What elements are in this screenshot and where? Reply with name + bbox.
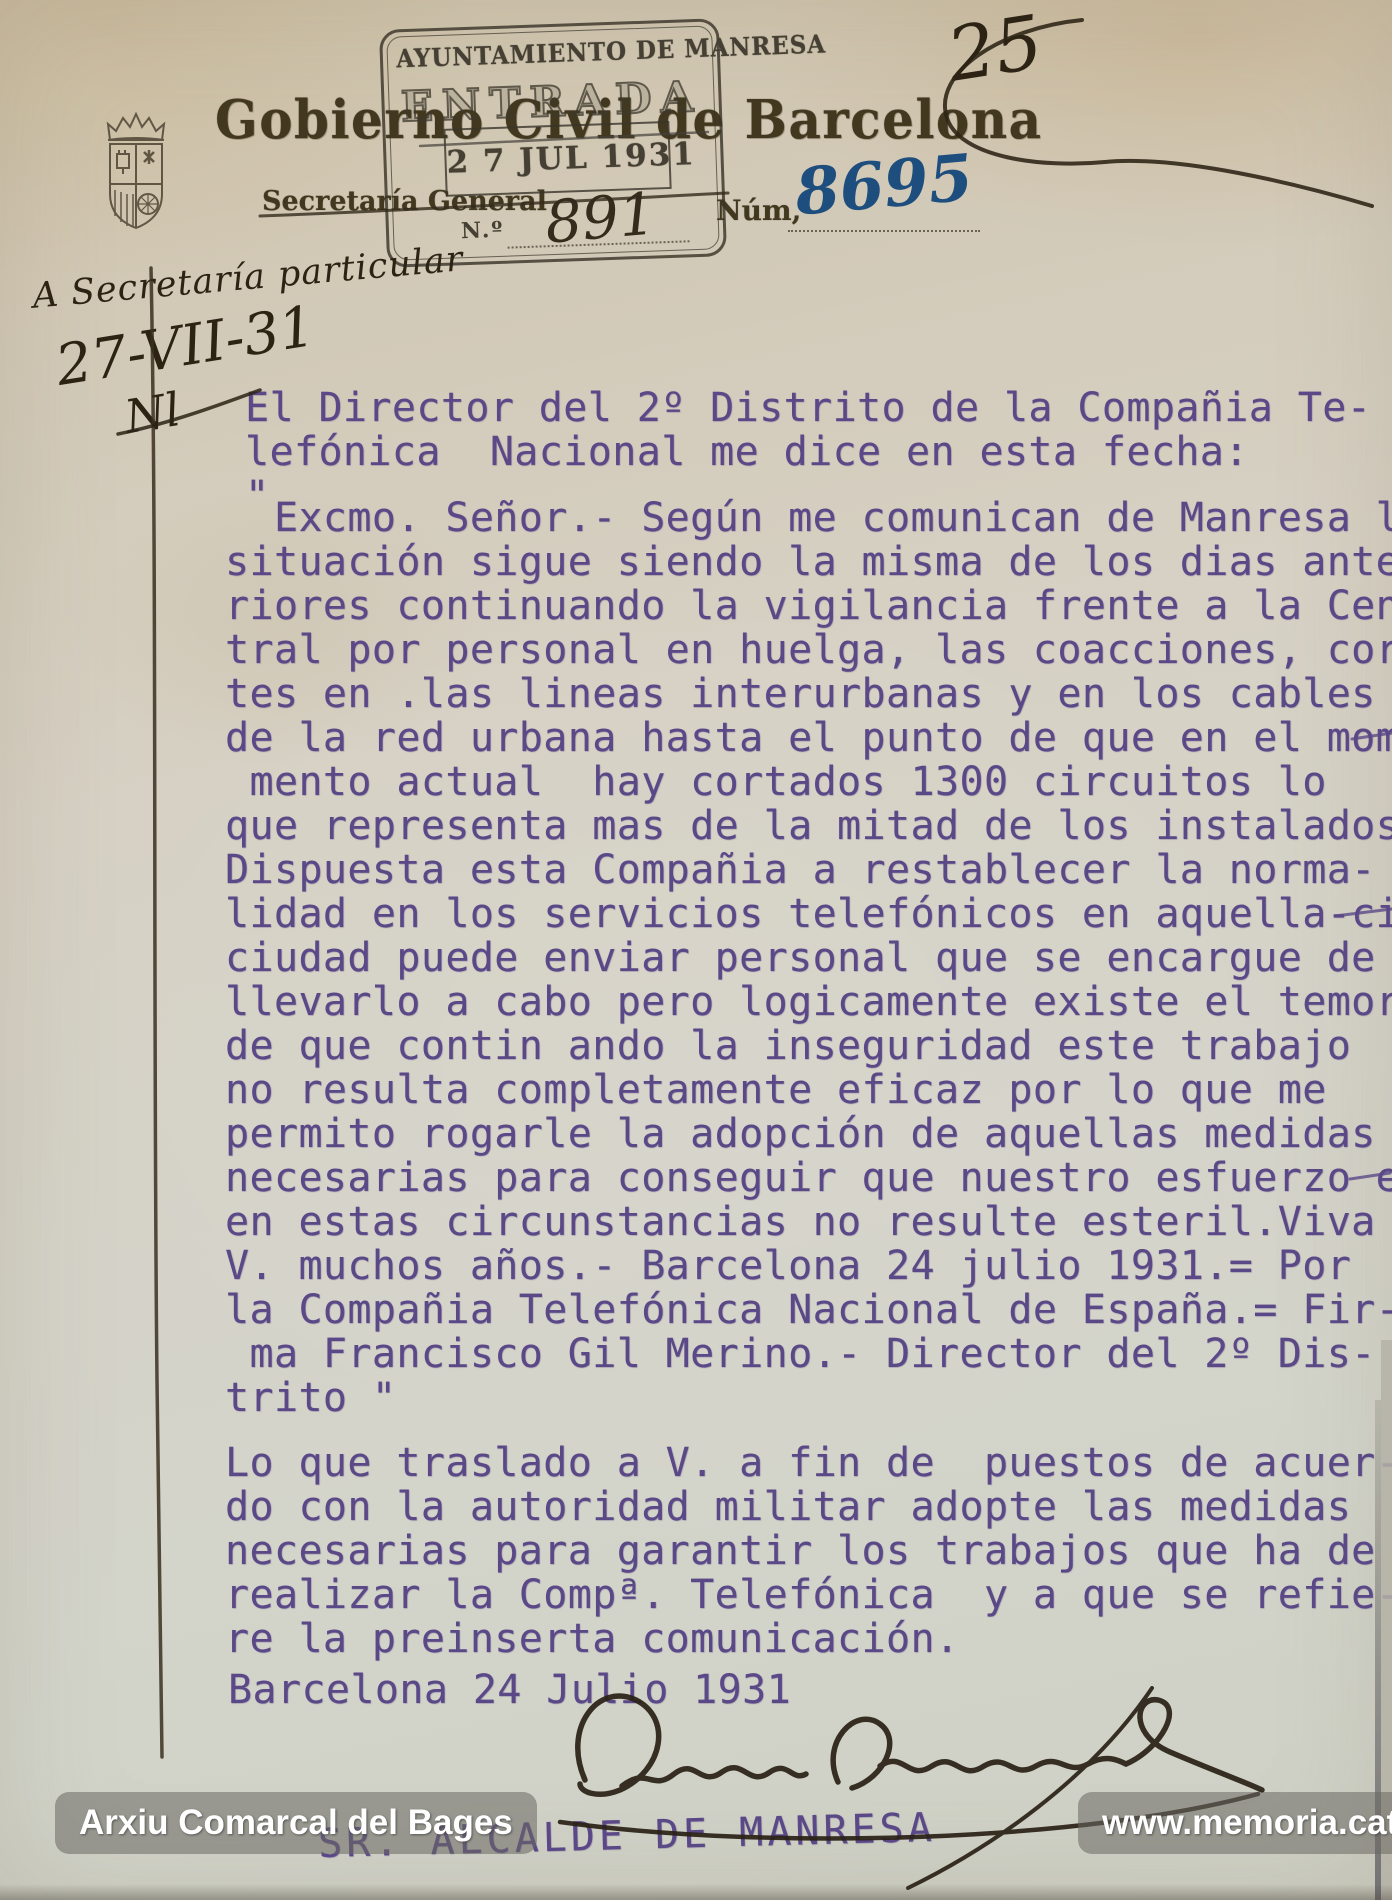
- typed-line: llevarlo a cabo pero logicamente existe …: [225, 980, 1392, 1024]
- typed-line: necesarias para garantir los trabajos qu…: [225, 1529, 1392, 1573]
- typed-line: permito rogarle la adopción de aquellas …: [225, 1112, 1392, 1156]
- body-paragraph-3: Lo que traslado a V. a fin de puestos de…: [225, 1441, 1392, 1661]
- typed-line: mento actual hay cortados 1300 circuitos…: [225, 760, 1392, 804]
- typed-line: realizar la Compª. Telefónica y a que se…: [225, 1573, 1392, 1617]
- typed-line: ciudad puede enviar personal que se enca…: [225, 936, 1392, 980]
- dateline: Barcelona 24 Julio 1931: [228, 1668, 791, 1712]
- typed-line: de la red urbana hasta el punto de que e…: [225, 716, 1392, 760]
- typed-line: do con la autoridad militar adopte las m…: [225, 1485, 1392, 1529]
- typed-line: V. muchos años.- Barcelona 24 julio 1931…: [225, 1244, 1392, 1288]
- typed-line: tes en .las lineas interurbanas y en los…: [225, 672, 1392, 716]
- footer-badge-archive: Arxiu Comarcal del Bages: [55, 1792, 537, 1854]
- typed-line: que representa mas de la mitad de los in…: [225, 804, 1392, 848]
- typed-line: la Compañia Telefónica Nacional de Españ…: [225, 1288, 1392, 1332]
- typed-line: riores continuando la vigilancia frente …: [225, 584, 1392, 628]
- typed-line: Excmo. Señor.- Según me comunican de Man…: [225, 496, 1392, 540]
- typed-line: trito ": [225, 1376, 1392, 1420]
- stamp-org-name: AYUNTAMIENTO DE MANRESA: [396, 34, 704, 74]
- typed-line: de que contin ando la inseguridad este t…: [225, 1024, 1392, 1068]
- annotation-initials: Nl: [121, 382, 184, 444]
- stamp-entry-number-handwritten: 891: [542, 179, 658, 256]
- footer-badge-website: www.memoria.cat: [1078, 1792, 1392, 1854]
- margin-pen-line: [151, 268, 162, 1757]
- typed-line: en estas circunstancias no resulte ester…: [225, 1200, 1392, 1244]
- typed-line: El Director del 2º Distrito de la Compañ…: [245, 386, 1371, 430]
- typed-line: lefónica Nacional me dice en esta fecha:: [245, 430, 1371, 474]
- document-page: Gobierno Civil de Barcelona Secretaría G…: [0, 0, 1392, 1900]
- body-paragraph-2: Excmo. Señor.- Según me comunican de Man…: [225, 496, 1392, 1420]
- typed-line: Dispuesta esta Compañia a restablecer la…: [225, 848, 1392, 892]
- typed-line: situación sigue siendo la misma de los d…: [225, 540, 1392, 584]
- registry-number-handwritten: 8695: [792, 140, 976, 230]
- typed-line: re la preinserta comunicación.: [225, 1617, 1392, 1661]
- typed-line: no resulta completamente eficaz por lo q…: [225, 1068, 1392, 1112]
- typed-line: lidad en los servicios telefónicos en aq…: [225, 892, 1392, 936]
- typed-line: Lo que traslado a V. a fin de puestos de…: [225, 1441, 1392, 1485]
- paper-edge-bottom: [0, 1884, 1392, 1900]
- typed-line: tral por personal en huelga, las coaccio…: [225, 628, 1392, 672]
- stamp-no-label: N.º: [461, 217, 505, 244]
- typed-line: ma Francisco Gil Merino.- Director del 2…: [225, 1332, 1392, 1376]
- typed-line: necesarias para conseguir que nuestro es…: [225, 1156, 1392, 1200]
- coat-of-arms-icon: [88, 106, 183, 246]
- page-number-handwritten: 25: [942, 0, 1048, 99]
